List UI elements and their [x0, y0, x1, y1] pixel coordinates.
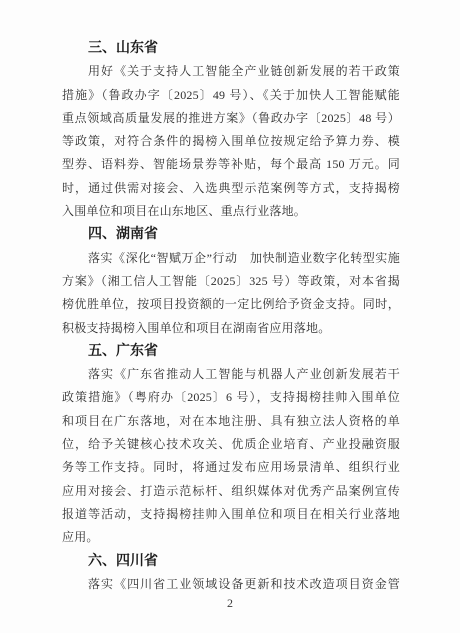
section-heading: 四、湖南省 [62, 223, 400, 246]
body-line: 报道等活动，支持揭榜挂帅入围单位和项目在相关行业落地 [62, 503, 400, 526]
body-line: 用好《关于支持人工智能全产业链创新发展的若干政策 [62, 60, 400, 83]
body-line: 型券、语料券、智能场景券等补贴，每个最高 150 万元。同 [62, 153, 400, 176]
body-line: 应用。 [62, 526, 400, 549]
body-line: 落实《深化“智赋万企”行动 加快制造业数字化转型实施 [62, 247, 400, 270]
section-heading: 六、四川省 [62, 550, 400, 573]
section-heading: 三、山东省 [62, 37, 400, 60]
page-number: 2 [0, 596, 460, 611]
body-line: 重点领域高质量发展的推进方案》（鲁政办字〔2025〕48 号） [62, 107, 400, 130]
section-sichuan: 六、四川省 落实《四川省工业领域设备更新和技术改造项目资金管 [62, 550, 400, 597]
body-line: 方案》（湘工信人工智能〔2025〕325 号）等政策，对本省揭 [62, 270, 400, 293]
body-line: 政策措施》（粤府办〔2025〕6 号），支持揭榜挂帅入围单位 [62, 386, 400, 409]
body-line: 榜优胜单位，按项目投资额的一定比例给予资金支持。同时， [62, 293, 400, 316]
body-line: 积极支持揭榜入围单位和项目在湖南省应用落地。 [62, 317, 400, 340]
body-line: 落实《广东省推动人工智能与机器人产业创新发展若干 [62, 363, 400, 386]
section-guangdong: 五、广东省 落实《广东省推动人工智能与机器人产业创新发展若干 政策措施》（粤府办… [62, 340, 400, 550]
section-shandong: 三、山东省 用好《关于支持人工智能全产业链创新发展的若干政策 措施》（鲁政办字〔… [62, 37, 400, 223]
body-line: 时，通过供需对接会、入选典型示范案例等方式，支持揭榜 [62, 177, 400, 200]
document-page: 三、山东省 用好《关于支持人工智能全产业链创新发展的若干政策 措施》（鲁政办字〔… [0, 0, 460, 633]
body-line: 应用对接会、打造示范标杆、组织媒体对优秀产品案例宣传 [62, 480, 400, 503]
section-hunan: 四、湖南省 落实《深化“智赋万企”行动 加快制造业数字化转型实施 方案》（湘工信… [62, 223, 400, 339]
body-line: 位，给予关键核心技术攻关、优质企业培育、产业投融资服 [62, 433, 400, 456]
section-heading: 五、广东省 [62, 340, 400, 363]
body-line: 落实《四川省工业领域设备更新和技术改造项目资金管 [62, 573, 400, 596]
body-line: 入围单位和项目在山东地区、重点行业落地。 [62, 200, 400, 223]
body-line: 等政策，对符合条件的揭榜入围单位按规定给予算力券、模 [62, 130, 400, 153]
body-line: 和项目在广东落地，对在本地注册、具有独立法人资格的单 [62, 410, 400, 433]
body-line: 措施》（鲁政办字〔2025〕49 号）、《关于加快人工智能赋能 [62, 84, 400, 107]
body-line: 务等工作支持。同时，将通过发布应用场景清单、组织行业 [62, 456, 400, 479]
